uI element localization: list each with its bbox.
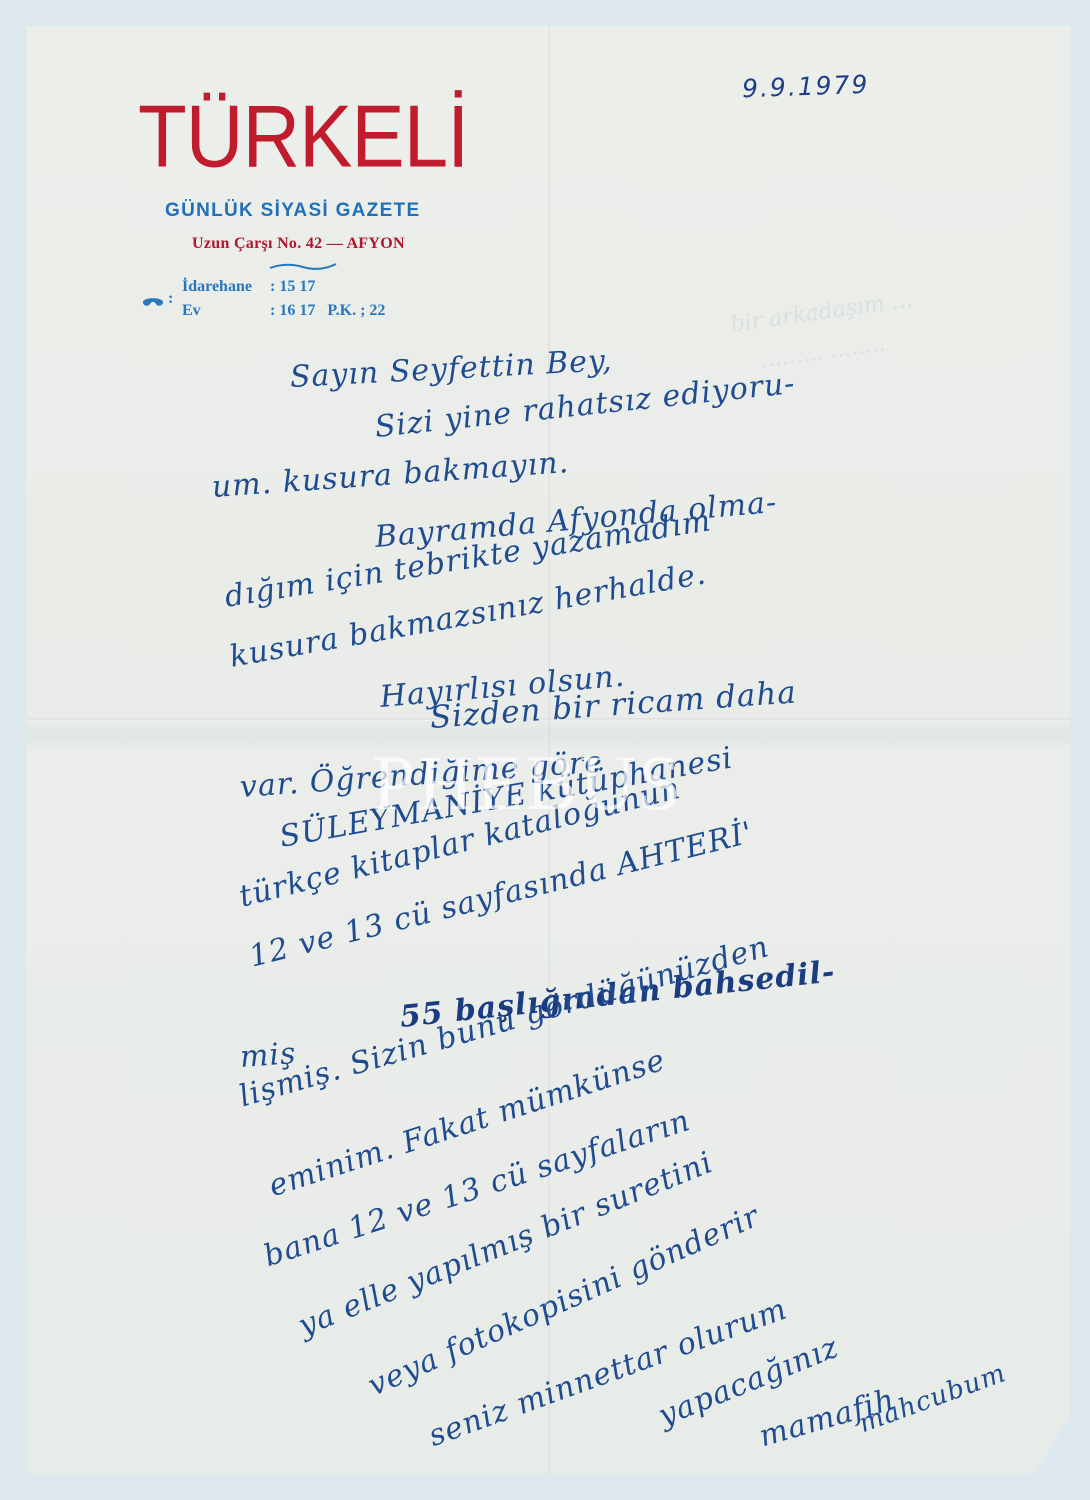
contact-label: İdarehane [182, 278, 252, 296]
contact-label: Ev [182, 302, 252, 320]
phone-colon: : [168, 290, 173, 308]
telephone-icon [142, 296, 164, 308]
flourish-ornament [268, 260, 338, 272]
letterhead: TÜRKELİ GÜNLÜK SİYASİ GAZETE Uzun Çarşı … [138, 92, 498, 176]
contact-value: : 15 17 [270, 278, 315, 296]
contact-row-office: İdarehane : 15 17 [182, 278, 315, 296]
newspaper-title: TÜRKELİ [138, 92, 480, 180]
newspaper-tagline: GÜNLÜK SİYASİ GAZETE [165, 200, 420, 222]
newspaper-address: Uzun Çarşı No. 42 — AFYON [192, 235, 405, 253]
contact-value: : 16 17 P.K. ; 22 [270, 302, 385, 320]
contact-row-home: Ev : 16 17 P.K. ; 22 [182, 302, 385, 320]
letter-date: 9.9.1979 [742, 70, 870, 103]
